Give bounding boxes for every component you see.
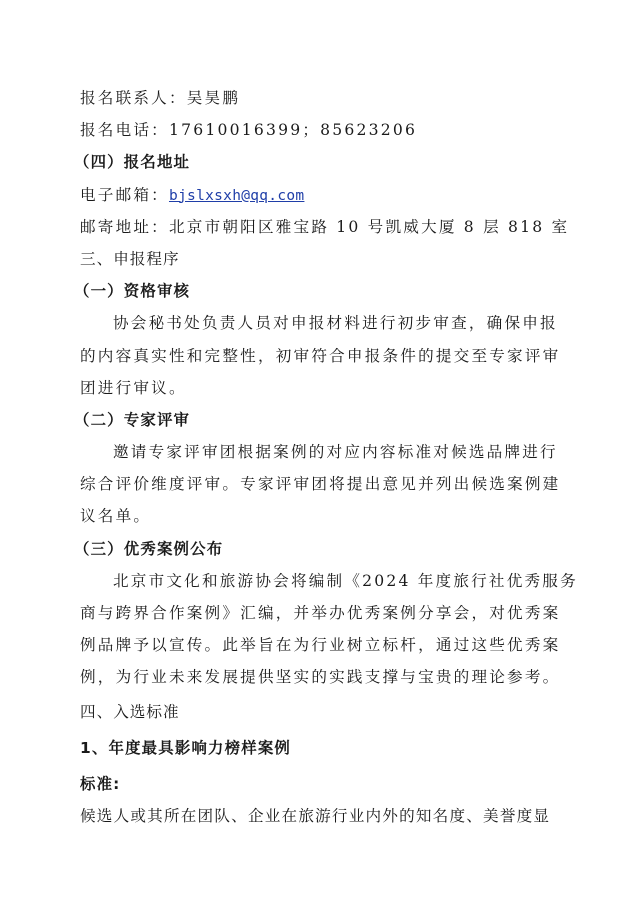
paragraph-line: 议名单。 xyxy=(80,500,556,532)
paragraph-line: 例品牌予以宣传。此举旨在为行业树立标杆，通过这些优秀案 xyxy=(80,629,556,661)
contact-phone-line: 报名电话：17610016399；85623206 xyxy=(80,114,556,146)
contact-phone-value: 17610016399；85623206 xyxy=(169,121,417,139)
paragraph-line: 团进行审议。 xyxy=(80,372,556,404)
sub-heading-case-publish: （三）优秀案例公布 xyxy=(74,533,556,565)
sub-heading-qualification: （一）资格审核 xyxy=(74,275,556,307)
paragraph-line: 邀请专家评审团根据案例的对应内容标准对候选品牌进行 xyxy=(80,436,556,468)
standard-label: 标准: xyxy=(80,768,556,800)
paragraph-line: 北京市文化和旅游协会将编制《2024 年度旅行社优秀服务 xyxy=(80,565,556,597)
contact-phone-label: 报名电话： xyxy=(80,121,169,139)
part-3-heading: 三、申报程序 xyxy=(80,243,556,275)
email-link[interactable]: bjslxsxh@qq.com xyxy=(169,188,304,204)
email-line: 电子邮箱：bjslxsxh@qq.com xyxy=(80,179,556,211)
paragraph-line: 商与跨界合作案例》汇编，并举办优秀案例分享会，对优秀案 xyxy=(80,597,556,629)
mail-address-value: 北京市朝阳区雅宝路 10 号凯威大厦 8 层 818 室 xyxy=(169,218,569,236)
document-page: 报名联系人：吴昊鹏 报名电话：17610016399；85623206 （四）报… xyxy=(80,82,556,832)
contact-person-label: 报名联系人： xyxy=(80,89,187,107)
part-4-heading: 四、入选标准 xyxy=(80,696,556,728)
mail-address-label: 邮寄地址： xyxy=(80,218,169,236)
paragraph-line: 综合评价维度评审。专家评审团将提出意见并列出候选案例建 xyxy=(80,468,556,500)
contact-person-line: 报名联系人：吴昊鹏 xyxy=(80,82,556,114)
paragraph-line: 协会秘书处负责人员对申报材料进行初步审查，确保申报 xyxy=(80,307,556,339)
item-1-heading: 1、年度最具影响力榜样案例 xyxy=(80,732,556,764)
mail-address-line: 邮寄地址：北京市朝阳区雅宝路 10 号凯威大厦 8 层 818 室 xyxy=(80,211,556,243)
paragraph-line: 候选人或其所在团队、企业在旅游行业内外的知名度、美誉度显 xyxy=(80,800,556,832)
paragraph-line: 例，为行业未来发展提供坚实的实践支撑与宝贵的理论参考。 xyxy=(80,661,556,693)
section-heading-address: （四）报名地址 xyxy=(74,146,556,178)
sub-heading-expert-review: （二）专家评审 xyxy=(74,404,556,436)
email-label: 电子邮箱： xyxy=(80,186,169,204)
paragraph-line: 的内容真实性和完整性，初审符合申报条件的提交至专家评审 xyxy=(80,340,556,372)
contact-person-value: 吴昊鹏 xyxy=(187,89,240,107)
